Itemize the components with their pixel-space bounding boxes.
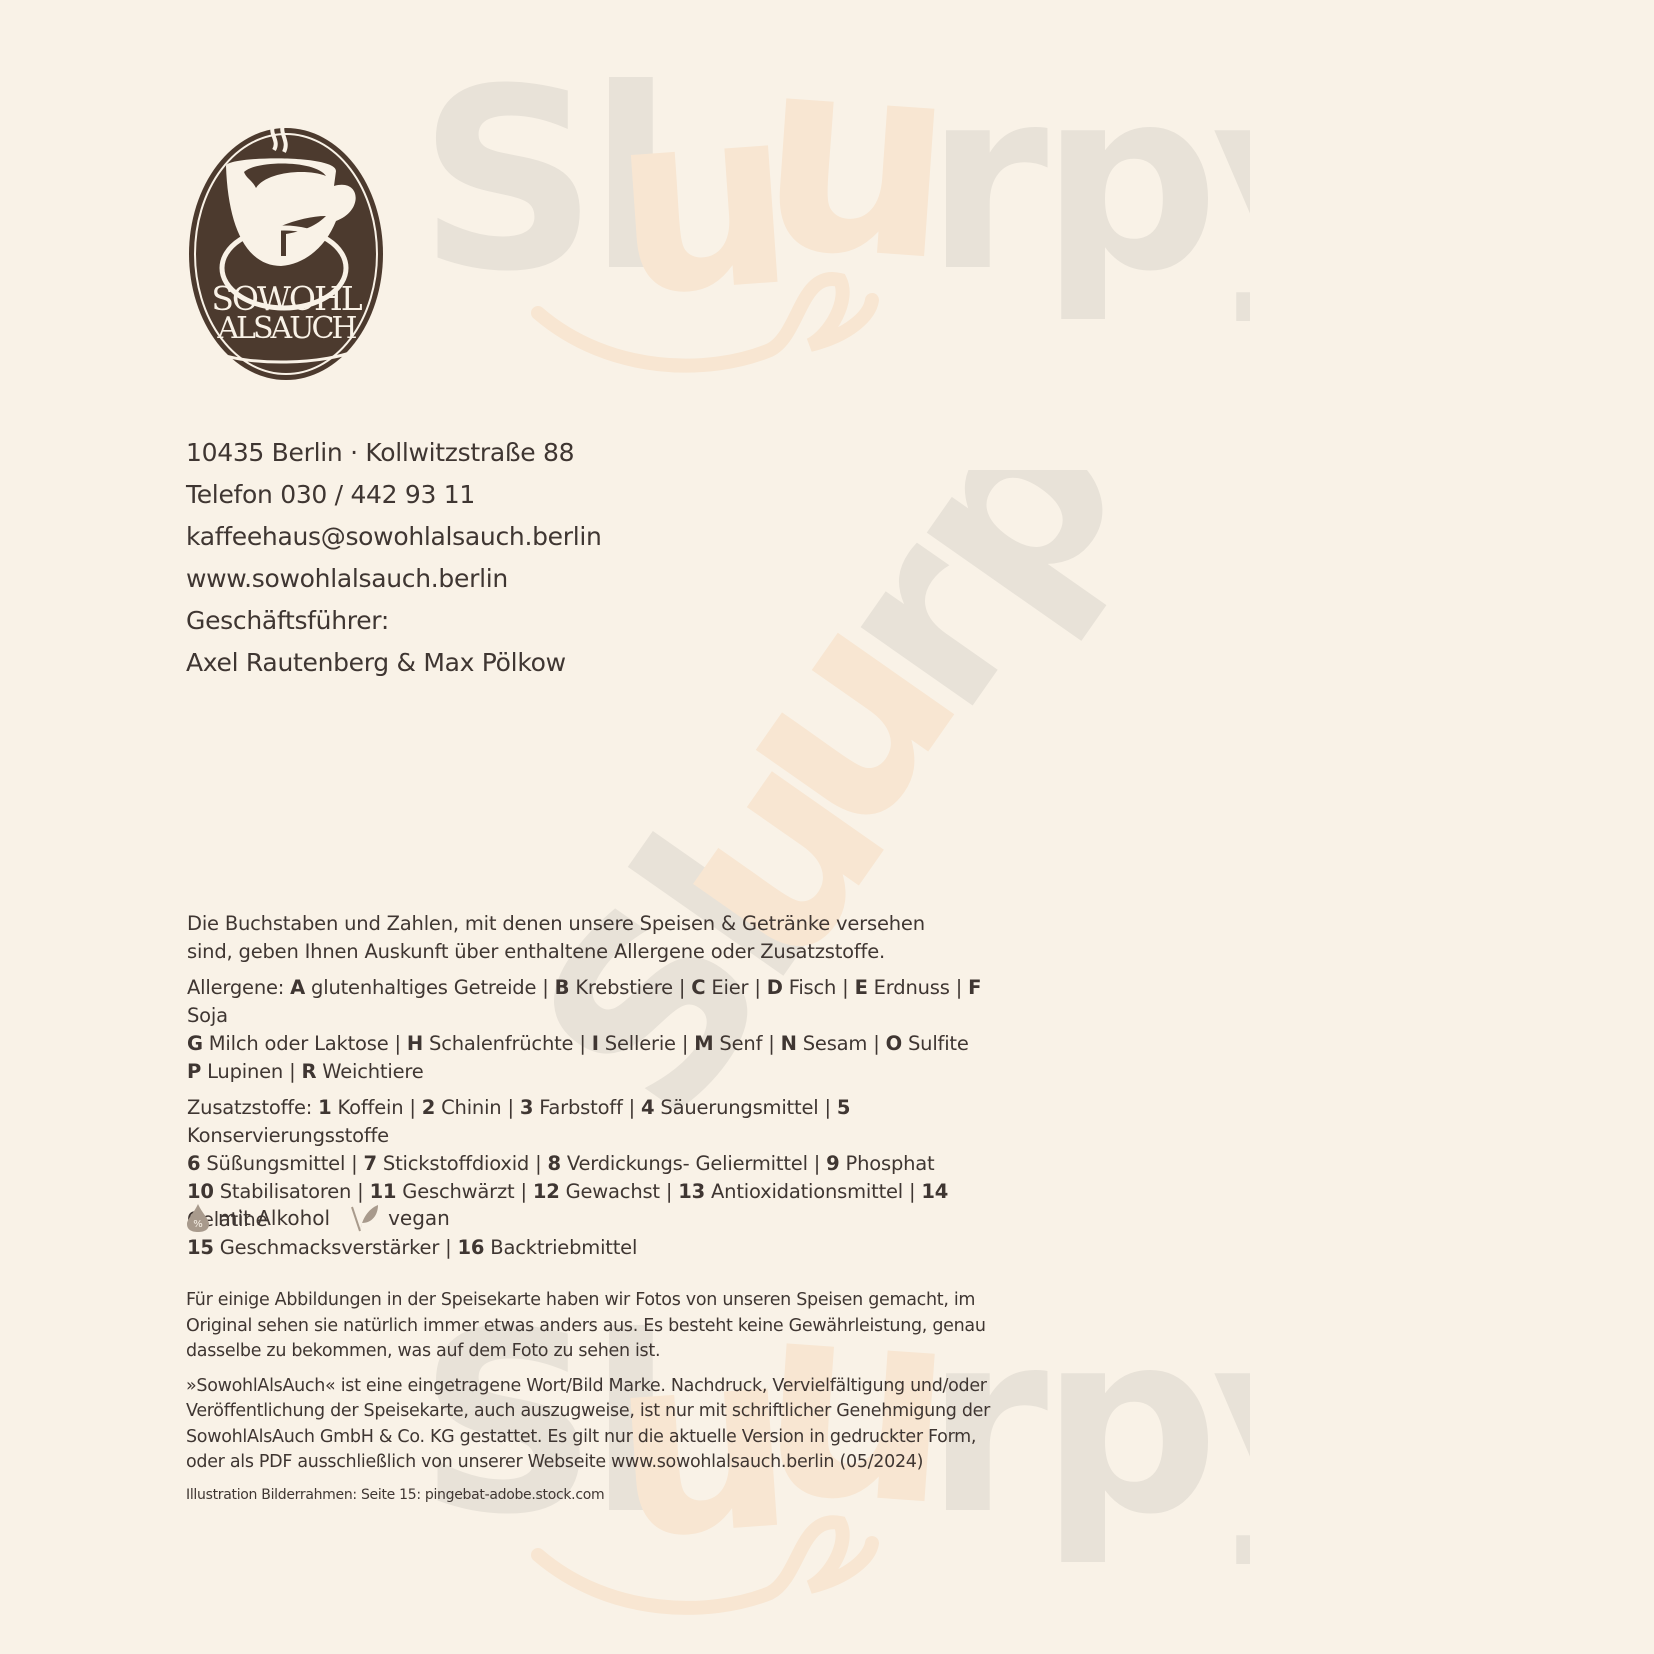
code: 5	[837, 1096, 850, 1119]
code: 4	[641, 1096, 654, 1119]
managers-label: Geschäftsführer:	[186, 600, 602, 642]
svg-text:rpy: rpy	[771, 470, 1160, 757]
code: 16	[458, 1236, 485, 1259]
code: I	[592, 1032, 599, 1055]
footer-notes: Für einige Abbildungen in der Speisekart…	[186, 1288, 1016, 1514]
email[interactable]: kaffeehaus@sowohlalsauch.berlin	[186, 516, 602, 558]
svg-text:u: u	[605, 55, 803, 352]
sowohlalsauch-logo: SOWOHL ALSAUCH	[186, 116, 386, 382]
legend-item-vegan: vegan	[350, 1203, 450, 1233]
code: G	[187, 1032, 203, 1055]
code: 9	[826, 1152, 839, 1175]
sluurpy-watermark-logo: Sl u u rpy	[418, 55, 1250, 366]
code: 13	[678, 1180, 705, 1203]
code: 2	[422, 1096, 435, 1119]
code: 8	[547, 1152, 560, 1175]
code: C	[691, 976, 705, 999]
address: 10435 Berlin · Kollwitzstraße 88	[186, 432, 602, 474]
code: 12	[533, 1180, 560, 1203]
code: 10	[187, 1180, 214, 1203]
vegan-leaf-icon	[350, 1203, 380, 1233]
allergen-intro: Die Buchstaben und Zahlen, mit denen uns…	[187, 910, 927, 966]
code: A	[290, 976, 305, 999]
additive-list: Zusatzstoffe: 1 Koffein | 2 Chinin | 3 F…	[187, 1094, 1027, 1262]
code: R	[301, 1060, 316, 1083]
website[interactable]: www.sowohlalsauch.berlin	[186, 558, 602, 600]
icon-legend: % mit Alkohol vegan	[186, 1203, 470, 1233]
contact-block: 10435 Berlin · Kollwitzstraße 88 Telefon…	[186, 432, 602, 684]
code: F	[968, 976, 981, 999]
svg-text:Sl: Sl	[418, 55, 664, 326]
legend-label-vegan: vegan	[388, 1206, 450, 1230]
code: 11	[370, 1180, 397, 1203]
code: P	[187, 1060, 201, 1083]
code: M	[694, 1032, 713, 1055]
code: D	[767, 976, 783, 999]
phone: Telefon 030 / 442 93 11	[186, 474, 602, 516]
allergen-list: Allergene: A glutenhaltiges Getreide | B…	[187, 974, 1027, 1086]
code: O	[886, 1032, 902, 1055]
legend-item-alcohol: % mit Alkohol	[186, 1203, 330, 1233]
svg-text:%: %	[193, 1219, 203, 1230]
trademark-notice: »SowohlAlsAuch« ist eine eingetragene Wo…	[186, 1374, 1016, 1476]
logo-text-line2: ALSAUCH	[216, 311, 356, 346]
managers: Axel Rautenberg & Max Pölkow	[186, 642, 602, 684]
code: 14	[921, 1180, 948, 1203]
alcohol-drop-icon: %	[186, 1203, 210, 1233]
legend-label-alcohol: mit Alkohol	[218, 1206, 330, 1230]
code: E	[855, 976, 868, 999]
code: 3	[520, 1096, 533, 1119]
svg-text:u: u	[750, 55, 964, 321]
code: H	[407, 1032, 423, 1055]
svg-text:rpy: rpy	[925, 55, 1250, 326]
photo-disclaimer: Für einige Abbildungen in der Speisekart…	[186, 1288, 1016, 1365]
code: 15	[187, 1236, 214, 1259]
code: N	[781, 1032, 797, 1055]
code: 1	[318, 1096, 331, 1119]
watermark-top: Sl u u rpy	[410, 55, 1250, 385]
code: 7	[364, 1152, 377, 1175]
code: 6	[187, 1152, 200, 1175]
code: B	[555, 976, 570, 999]
svg-text:u: u	[664, 559, 1018, 884]
illustration-credit: Illustration Bilderrahmen: Seite 15: pin…	[186, 1485, 1016, 1505]
